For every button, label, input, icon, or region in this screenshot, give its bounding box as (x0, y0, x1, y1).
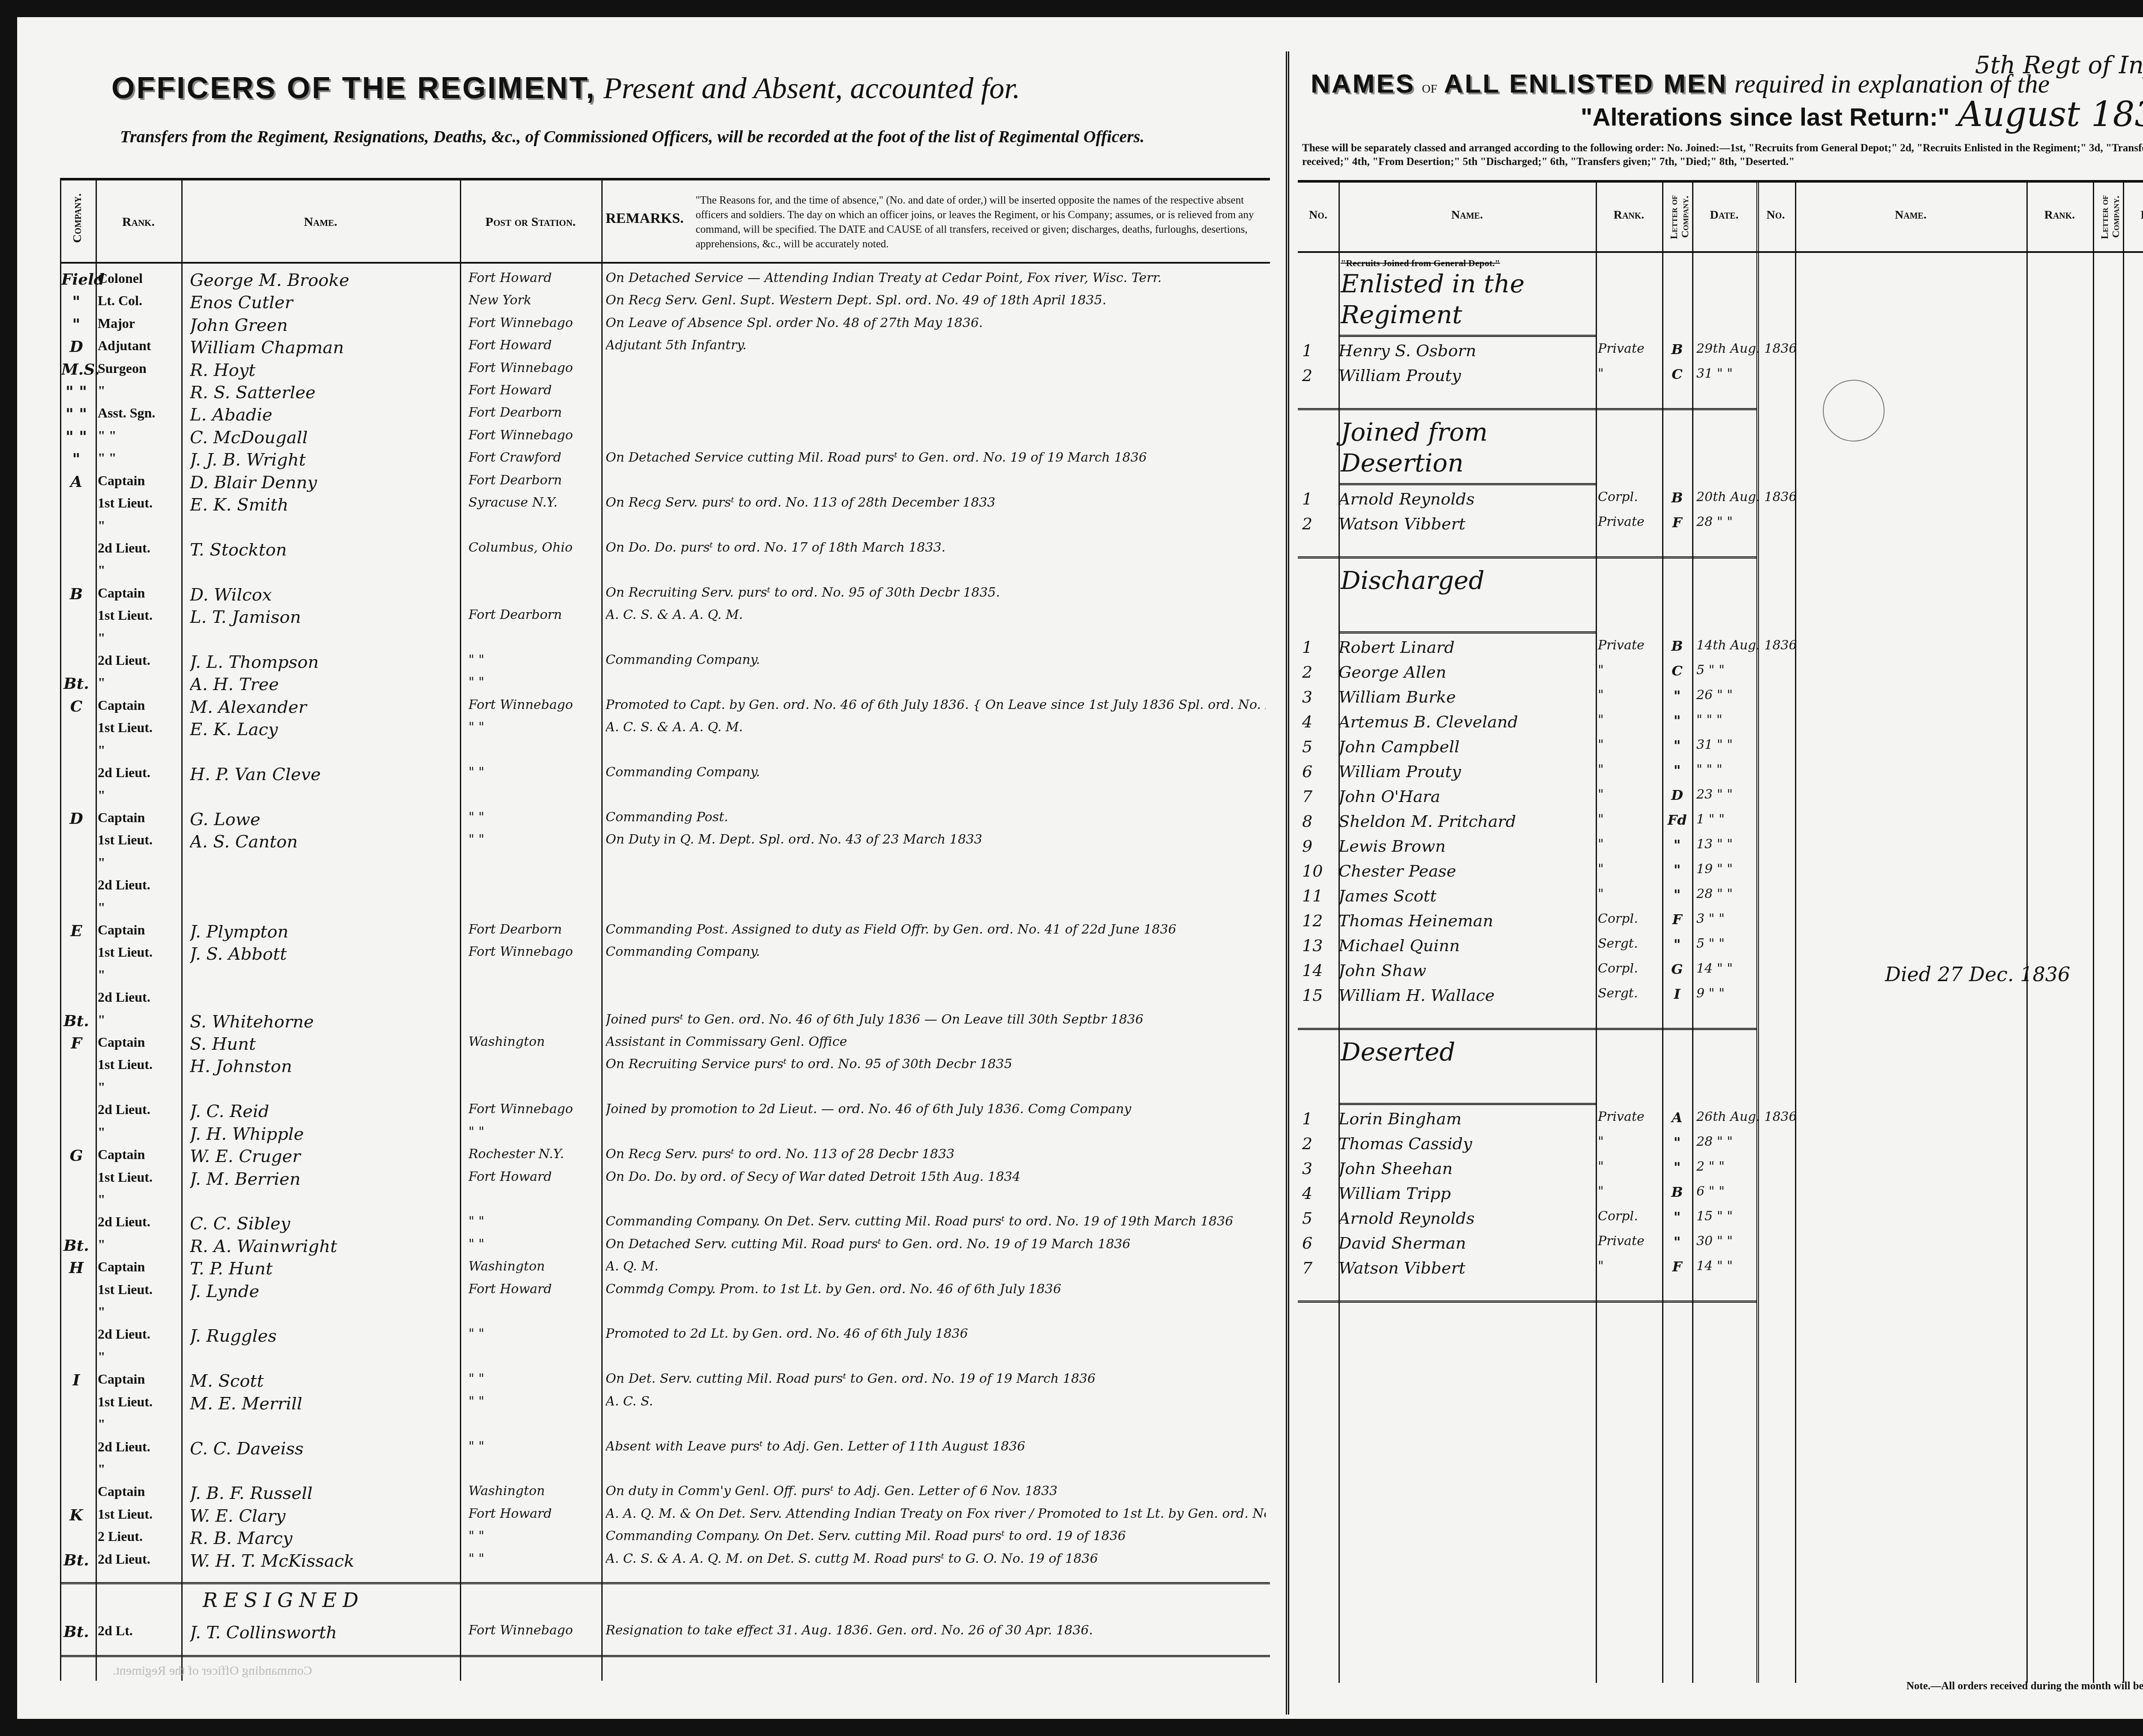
enlisted-date: 13 " " (1696, 837, 1756, 852)
officer-post: " " (468, 1529, 597, 1544)
officer-remarks: On Recruiting Serv. pursᵗ to ord. No. 95… (606, 585, 1266, 600)
enlisted-rank: " (1598, 1258, 1662, 1273)
officers-title: OFFICERS OF THE REGIMENT, Present and Ab… (111, 71, 1020, 106)
officer-rank: Major (98, 315, 179, 331)
officers-header-row: Company. Rank. Name. Post or Station. RE… (61, 180, 1270, 264)
officer-rank: 2d Lieut. (98, 652, 179, 668)
officer-rank: 1st Lieut. (98, 1282, 179, 1297)
enlisted-rank: " (1598, 688, 1662, 703)
enlisted-date: 31 " " (1696, 737, 1756, 752)
enlisted-no: 6 (1302, 762, 1328, 781)
officer-row: M.S.SurgeonR. HoytFort Winnebago (61, 360, 1270, 384)
officer-name: C. C. Daveiss (190, 1439, 456, 1459)
officer-row: " (61, 562, 1270, 586)
officer-rank: 1st Lieut. (98, 495, 179, 511)
officer-remarks: Joined by promotion to 2d Lieut. — ord. … (606, 1102, 1266, 1117)
officer-row: 1st Lieut.M. E. Merrill" "A. C. S. (61, 1394, 1270, 1418)
officer-row: K1st Lieut.W. E. ClaryFort HowardA. A. Q… (61, 1506, 1270, 1530)
officer-row: 2d Lieut.J. L. Thompson" "Commanding Com… (61, 652, 1270, 676)
enlisted-name: William Prouty (1339, 762, 1591, 781)
officer-name: T. Stockton (190, 540, 456, 560)
officer-rank: " (98, 787, 179, 803)
enlisted-date: 5 " " (1696, 936, 1756, 951)
officer-company: I (61, 1371, 91, 1389)
enlisted-date: 31 " " (1696, 366, 1756, 381)
enlisted-company: " (1664, 1134, 1690, 1150)
officer-remarks: Commanding Company. (606, 765, 1266, 780)
enlisted-name: George Allen (1339, 663, 1591, 682)
officer-rank: Captain (98, 585, 179, 601)
resigned-divider (61, 1582, 1270, 1584)
enlisted-rank: " (1598, 1184, 1662, 1199)
officer-row: " (61, 742, 1270, 766)
officer-company: Field (61, 270, 91, 288)
officer-name: J. Ruggles (190, 1326, 456, 1346)
officer-row: 2d Lieut.T. StocktonColumbus, OhioOn Do.… (61, 540, 1270, 564)
officer-post: Fort Howard (468, 383, 597, 398)
enlisted-date: 15 " " (1696, 1209, 1756, 1224)
officer-row: " (61, 787, 1270, 811)
officer-row: BCaptainD. WilcoxOn Recruiting Serv. pur… (61, 585, 1270, 609)
officer-post: " " (468, 1326, 597, 1341)
officer-name: W. E. Clary (190, 1506, 456, 1526)
officer-company: Bt. (61, 1551, 91, 1569)
officer-row: 2d Lieut.C. C. Daveiss" "Absent with Lea… (61, 1439, 1270, 1463)
enlisted-date: " " " (1696, 762, 1756, 777)
officer-rank: Adjutant (98, 338, 179, 354)
officer-remarks: On Recg Serv. Genl. Supt. Western Dept. … (606, 293, 1266, 308)
officer-rank: " (98, 518, 179, 534)
officer-rank: 2d Lieut. (98, 1102, 179, 1117)
enlisted-date: 2 " " (1696, 1159, 1756, 1174)
officer-name: J. H. Whipple (190, 1124, 456, 1144)
officer-rank: " (98, 742, 179, 758)
bleed-through-footer: Commanding Officer of the Regiment. (113, 1664, 312, 1678)
officer-row: 1st Lieut.E. K. SmithSyracuse N.Y.On Rec… (61, 495, 1270, 519)
enlisted-no: 7 (1302, 787, 1328, 806)
officer-company: Bt. (61, 1237, 91, 1255)
enlisted-no: 15 (1302, 986, 1328, 1005)
enlisted-company: B (1664, 1184, 1690, 1200)
header-date: Date. (1694, 208, 1754, 222)
officer-remarks: Promoted to Capt. by Gen. ord. No. 46 of… (606, 697, 1266, 712)
bottom-divider (61, 1655, 1270, 1657)
officer-post: " " (468, 1371, 597, 1386)
officer-post: Washington (468, 1259, 597, 1274)
officer-company: " (61, 293, 91, 311)
officer-post: Fort Dearborn (468, 473, 597, 488)
officer-name: L. T. Jamison (190, 607, 456, 627)
officer-post: " " (468, 765, 597, 780)
enlisted-date: 5 " " (1696, 663, 1756, 678)
enlisted-no: 4 (1302, 712, 1328, 731)
enlisted-date: 9 " " (1696, 986, 1756, 1001)
officer-remarks: A. C. S. & A. A. Q. M. (606, 607, 1266, 622)
enlisted-company: D (1664, 787, 1690, 803)
enlisted-rank: Corpl. (1598, 490, 1662, 505)
officer-row: " (61, 518, 1270, 542)
officer-rank: Captain (98, 1147, 179, 1162)
officer-post: Syracuse N.Y. (468, 495, 597, 510)
enlisted-name: Arnold Reynolds (1339, 490, 1591, 508)
officer-row: CCaptainM. AlexanderFort WinnebagoPromot… (61, 697, 1270, 721)
header-rank: Rank. (98, 215, 179, 229)
enlisted-date: 26 " " (1696, 688, 1756, 703)
officer-name: H. Johnston (190, 1057, 456, 1076)
officer-post: Fort Winnebago (468, 697, 597, 712)
officer-rank: 1st Lieut. (98, 944, 179, 960)
officer-company: Bt. (61, 675, 91, 693)
enlisted-no: 7 (1302, 1258, 1328, 1277)
officer-post: Fort Dearborn (468, 607, 597, 622)
enlisted-row: 5Arnold ReynoldsCorpl."15 " " (1298, 1209, 1752, 1232)
enlisted-row: 7John O'Hara"D23 " " (1298, 787, 1752, 810)
enlisted-no: 5 (1302, 737, 1328, 756)
officer-row: DCaptainG. Lowe" "Commanding Post. (61, 810, 1270, 834)
officer-row: CaptainJ. B. F. RussellWashingtonOn duty… (61, 1484, 1270, 1508)
enlisted-no: 10 (1302, 862, 1328, 880)
officer-name: J. Plympton (190, 922, 456, 942)
officer-rank: Lt. Col. (98, 293, 179, 309)
officer-remarks: Promoted to 2d Lt. by Gen. ord. No. 46 o… (606, 1326, 1266, 1341)
officer-row: " (61, 1461, 1270, 1485)
officer-post: " " (468, 832, 597, 847)
enlisted-row: 10Chester Pease""19 " " (1298, 862, 1752, 885)
officer-name: E. K. Lacy (190, 720, 456, 739)
enlisted-company: " (1664, 886, 1690, 903)
enlisted-company: " (1664, 688, 1690, 704)
officer-post: Fort Winnebago (468, 315, 597, 330)
enlisted-company: " (1664, 737, 1690, 754)
officer-post: Washington (468, 1034, 597, 1049)
officer-name: M. Alexander (190, 697, 456, 717)
enlisted-company: C (1664, 366, 1690, 382)
enlisted-rank: " (1598, 886, 1662, 901)
officer-row: FCaptainS. HuntWashingtonAssistant in Co… (61, 1034, 1270, 1058)
officer-post: " " (468, 810, 597, 825)
officer-name: E. K. Smith (190, 495, 456, 515)
officer-row: " "Asst. Sgn.L. AbadieFort Dearborn (61, 405, 1270, 429)
enlisted-company: " (1664, 1234, 1690, 1250)
officer-name: D. Blair Denny (190, 473, 456, 493)
enlisted-no: 2 (1302, 514, 1328, 533)
officer-post: Fort Howard (468, 338, 597, 353)
officer-post: " " (468, 675, 597, 690)
enlisted-row: 8Sheldon M. Pritchard"Fd1 " " (1298, 812, 1752, 835)
officer-post: " " (468, 1124, 597, 1139)
officer-row: " (61, 630, 1270, 654)
officer-row: 2d Lieut.C. C. Sibley" "Commanding Compa… (61, 1214, 1270, 1238)
officer-rank: 2d Lieut. (98, 877, 179, 893)
officer-post: Rochester N.Y. (468, 1147, 597, 1162)
enlisted-no: 3 (1302, 1159, 1328, 1178)
enlisted-name: Watson Vibbert (1339, 514, 1591, 533)
officer-row: " (61, 1192, 1270, 1216)
officer-remarks: Joined pursᵗ to Gen. ord. No. 46 of 6th … (606, 1012, 1266, 1027)
enlisted-date: 14th Aug. 1836 (1696, 638, 1756, 653)
officer-rank: " (98, 383, 179, 399)
enlisted-company: " (1664, 936, 1690, 952)
officer-row: 1st Lieut.H. JohnstonOn Recruiting Servi… (61, 1057, 1270, 1081)
officer-rank: Captain (98, 1259, 179, 1275)
enlisted-date: 26th Aug. 1836 (1696, 1109, 1756, 1124)
enlisted-rank: " (1598, 787, 1662, 802)
enlisted-rank: Private (1598, 514, 1662, 529)
officer-remarks: On Do. Do. pursᵗ to ord. No. 17 of 18th … (606, 540, 1266, 555)
officer-post: Fort Winnebago (468, 1102, 597, 1117)
officer-name: A. S. Canton (190, 832, 456, 852)
enlisted-no: 1 (1302, 490, 1328, 508)
officer-row: 1st Lieut.A. S. Canton" "On Duty in Q. M… (61, 832, 1270, 856)
officer-rank: " (98, 900, 179, 916)
officer-remarks: A. C. S. (606, 1394, 1266, 1409)
officer-remarks: On Detached Serv. cutting Mil. Road purs… (606, 1237, 1266, 1252)
enlisted-no: 14 (1302, 961, 1328, 980)
officer-remarks: Commanding Company. On Det. Serv. cuttin… (606, 1529, 1266, 1544)
enlisted-company: " (1664, 1159, 1690, 1175)
officer-remarks: On Recg Serv. pursᵗ to ord. No. 113 of 2… (606, 1147, 1266, 1162)
header-name: Name. (186, 215, 456, 229)
officer-row: GCaptainW. E. CrugerRochester N.Y.On Rec… (61, 1147, 1270, 1171)
officer-rank: 1st Lieut. (98, 720, 179, 736)
enlisted-company: " (1664, 837, 1690, 853)
enlisted-date: 19 " " (1696, 862, 1756, 877)
officer-post: Fort Dearborn (468, 922, 597, 937)
header-name: Name. (1341, 208, 1594, 222)
officer-rank: " (98, 1304, 179, 1320)
officer-company: B (61, 585, 91, 603)
officer-row: " (61, 855, 1270, 879)
officer-rank: Captain (98, 697, 179, 713)
enlisted-no: 12 (1302, 911, 1328, 930)
officer-row: 1st Lieut.J. LyndeFort HowardCommdg Comp… (61, 1282, 1270, 1306)
officer-row: Bt.2d Lieut.W. H. T. McKissack" "A. C. S… (61, 1551, 1270, 1575)
officer-company: A (61, 473, 91, 491)
officer-row: "" "J. J. B. WrightFort CrawfordOn Detac… (61, 450, 1270, 474)
enlisted-no: 11 (1302, 886, 1328, 905)
officer-rank: 1st Lieut. (98, 1169, 179, 1185)
header-name-2: Name. (1797, 208, 2024, 222)
officer-rank: " (98, 1012, 179, 1028)
officer-post: " " (468, 1214, 597, 1229)
enlisted-rank: Private (1598, 638, 1662, 653)
officer-rank: 1st Lieut. (98, 607, 179, 623)
officer-remarks: On Detached Service — Attending Indian T… (606, 270, 1266, 285)
officer-rank: " " (98, 450, 179, 466)
officer-row: 1st Lieut.L. T. JamisonFort DearbornA. C… (61, 607, 1270, 631)
officer-rank: " (98, 675, 179, 691)
enlisted-row: 1Arnold ReynoldsCorpl.B20th Aug. 1836 (1298, 490, 1752, 513)
enlisted-name: Lewis Brown (1339, 837, 1591, 856)
officer-remarks: Commanding Company. (606, 944, 1266, 959)
enlisted-name: Watson Vibbert (1339, 1258, 1591, 1277)
resigned-label: RESIGNED (203, 1589, 364, 1612)
officer-row: 1st Lieut.J. S. AbbottFort WinnebagoComm… (61, 944, 1270, 968)
officer-remarks: Adjutant 5th Infantry. (606, 338, 1266, 353)
officer-row: 1st Lieut.J. M. BerrienFort HowardOn Do.… (61, 1169, 1270, 1193)
officer-row: ECaptainJ. PlymptonFort DearbornCommandi… (61, 922, 1270, 946)
enlisted-no: 1 (1302, 341, 1328, 360)
header-post: Post or Station. (464, 215, 597, 229)
officer-rank: 1st Lieut. (98, 1506, 179, 1522)
officer-rank: " (98, 1079, 179, 1095)
officer-post: Fort Howard (468, 270, 597, 285)
officer-company: F (61, 1034, 91, 1052)
officer-remarks: Commanding Post. Assigned to duty as Fie… (606, 922, 1266, 937)
enlisted-name: John O'Hara (1339, 787, 1591, 806)
officer-rank: 2d Lieut. (98, 765, 179, 781)
alterations-title: "Alterations since last Return:" (1581, 103, 1950, 132)
officer-rank: 1st Lieut. (98, 1057, 179, 1072)
enlisted-name: Artemus B. Cleveland (1339, 712, 1591, 731)
enlisted-no: 9 (1302, 837, 1328, 856)
enlisted-name: William H. Wallace (1339, 986, 1591, 1005)
enlisted-no: 2 (1302, 1134, 1328, 1153)
enlisted-row: 6William Prouty""" " " (1298, 762, 1752, 785)
officer-post: Washington (468, 1484, 597, 1499)
officer-row: ACaptainD. Blair DennyFort Dearborn (61, 473, 1270, 497)
officer-post: New York (468, 293, 597, 308)
enlisted-rank: " (1598, 663, 1662, 678)
officer-company: G (61, 1147, 91, 1165)
enlisted-row: 13Michael QuinnSergt."5 " " (1298, 936, 1752, 959)
officer-rank: Captain (98, 810, 179, 826)
officer-name: J. M. Berrien (190, 1169, 456, 1189)
enlisted-title: NAMES of ALL ENLISTED MEN required in ex… (1311, 69, 2050, 99)
archive-stamp (1823, 380, 1885, 442)
enlisted-company: B (1664, 638, 1690, 654)
enlisted-row: 12Thomas HeinemanCorpl.F3 " " (1298, 911, 1752, 934)
officer-remarks: Commdg Compy. Prom. to 1st Lt. by Gen. o… (606, 1282, 1266, 1297)
enlisted-date: 14 " " (1696, 1258, 1756, 1273)
enlisted-company: " (1664, 862, 1690, 878)
officer-company: D (61, 338, 91, 356)
enlisted-rank: " (1598, 862, 1662, 877)
enlisted-row: 2Thomas Cassidy""28 " " (1298, 1134, 1752, 1157)
officer-post: Fort Howard (468, 1282, 597, 1297)
officer-row: 2 Lieut.R. B. Marcy" "Commanding Company… (61, 1529, 1270, 1553)
enlisted-company: Fd (1664, 812, 1690, 828)
officer-company: " " (61, 383, 91, 401)
enlisted-row: 3William Burke""26 " " (1298, 688, 1752, 711)
officer-remarks: A. C. S. & A. A. Q. M. on Det. S. cuttg … (606, 1551, 1266, 1566)
officer-name: L. Abadie (190, 405, 456, 425)
officer-rank: 2d Lieut. (98, 1439, 179, 1455)
officer-company: " (61, 315, 91, 333)
enlisted-men-page: 5th Regt of Infy NAMES of ALL ENLISTED M… (1286, 51, 2143, 1715)
header-letter-of-company: Letter of Company. (1669, 187, 1691, 247)
enlisted-rank: Sergt. (1598, 936, 1662, 951)
officer-post: Columbus, Ohio (468, 540, 597, 555)
enlisted-date: 28 " " (1696, 514, 1756, 529)
officer-rank: " (98, 1349, 179, 1365)
officer-row: DAdjutantWilliam ChapmanFort HowardAdjut… (61, 338, 1270, 362)
officer-name: S. Whitehorne (190, 1012, 456, 1032)
section-heading: Joined from Desertion (1341, 417, 1594, 478)
officer-rank: Captain (98, 922, 179, 938)
enlisted-row: 5John Campbell""31 " " (1298, 737, 1752, 760)
officer-name: A. H. Tree (190, 675, 456, 694)
officer-post: Fort Howard (468, 1506, 597, 1521)
officer-name: C. C. Sibley (190, 1214, 456, 1234)
officer-remarks: On Detached Service cutting Mil. Road pu… (606, 450, 1266, 465)
enlisted-row: 2Watson VibbertPrivateF28 " " (1298, 514, 1752, 538)
officer-row: " "" "C. McDougallFort Winnebago (61, 428, 1270, 452)
footer-note: Note.—All orders received during the mon… (1906, 1680, 2143, 1692)
officer-name: R. S. Satterlee (190, 383, 456, 402)
officer-row: Bt."R. A. Wainwright" "On Detached Serv.… (61, 1237, 1270, 1261)
enlisted-name: Thomas Cassidy (1339, 1134, 1591, 1153)
enlisted-name: Robert Linard (1339, 638, 1591, 657)
officer-remarks: Commanding Company. On Det. Serv. cuttin… (606, 1214, 1266, 1229)
officer-rank: " " (98, 428, 179, 444)
enlisted-company: " (1664, 1209, 1690, 1225)
officer-name: M. Scott (190, 1371, 456, 1391)
officer-rank: 2d Lieut. (98, 989, 179, 1005)
enlisted-row: 2George Allen"C5 " " (1298, 663, 1752, 686)
enlisted-no: 2 (1302, 366, 1328, 385)
officer-row: 2d Lieut.H. P. Van Cleve" "Commanding Co… (61, 765, 1270, 789)
officer-post: Fort Dearborn (468, 405, 597, 420)
officers-page: OFFICERS OF THE REGIMENT, Present and Ab… (43, 51, 1269, 1715)
officer-company: D (61, 810, 91, 828)
officer-rank: " (98, 1461, 179, 1477)
officer-rank: " (98, 967, 179, 983)
enlisted-company: G (1664, 961, 1690, 977)
officer-remarks: A. A. Q. M. & On Det. Serv. Attending In… (606, 1506, 1266, 1521)
enlisted-company: B (1664, 490, 1690, 506)
officer-rank: " (98, 562, 179, 578)
enlisted-company: F (1664, 911, 1690, 928)
enlisted-date: 14 " " (1696, 961, 1756, 976)
officer-row: Bt."S. WhitehorneJoined pursᵗ to Gen. or… (61, 1012, 1270, 1036)
officer-row: HCaptainT. P. HuntWashingtonA. Q. M. (61, 1259, 1270, 1283)
officer-company: " (61, 450, 91, 468)
enlisted-rank: " (1598, 366, 1662, 381)
enlisted-date: 29th Aug. 1836 (1696, 341, 1756, 356)
enlisted-row: 6David ShermanPrivate"30 " " (1298, 1234, 1752, 1257)
officer-post: " " (468, 720, 597, 735)
officer-company: " " (61, 428, 91, 446)
enlisted-name: David Sherman (1339, 1234, 1591, 1252)
officer-company: K (61, 1506, 91, 1524)
officer-row: 2d Lieut. (61, 989, 1270, 1013)
header-letter-of-company-2: Letter of Company. (2099, 187, 2122, 247)
officer-rank: " (98, 1124, 179, 1140)
officer-rank: " (98, 630, 179, 646)
officers-table: Company. Rank. Name. Post or Station. RE… (60, 178, 1270, 1681)
enlisted-name: John Campbell (1339, 737, 1591, 756)
enlisted-name: Lorin Bingham (1339, 1109, 1591, 1128)
officer-company: H (61, 1259, 91, 1277)
classification-instructions: These will be separately classed and arr… (1302, 141, 2143, 169)
enlisted-no: 4 (1302, 1184, 1328, 1203)
officer-name: D. Wilcox (190, 585, 456, 605)
enlisted-no: 3 (1302, 688, 1328, 706)
enlisted-rank: " (1598, 1159, 1662, 1174)
enlisted-company: B (1664, 341, 1690, 357)
enlisted-rank: Corpl. (1598, 961, 1662, 976)
officer-remarks: Commanding Post. (606, 810, 1266, 825)
officer-name: M. E. Merrill (190, 1394, 456, 1414)
officer-rank: 1st Lieut. (98, 832, 179, 848)
enlisted-name: Arnold Reynolds (1339, 1209, 1591, 1228)
enlisted-no: 2 (1302, 663, 1328, 682)
officer-company: M.S. (61, 360, 91, 378)
enlisted-date: 3 " " (1696, 911, 1756, 926)
enlisted-row: 3John Sheehan""2 " " (1298, 1159, 1752, 1182)
enlisted-name: William Tripp (1339, 1184, 1591, 1203)
